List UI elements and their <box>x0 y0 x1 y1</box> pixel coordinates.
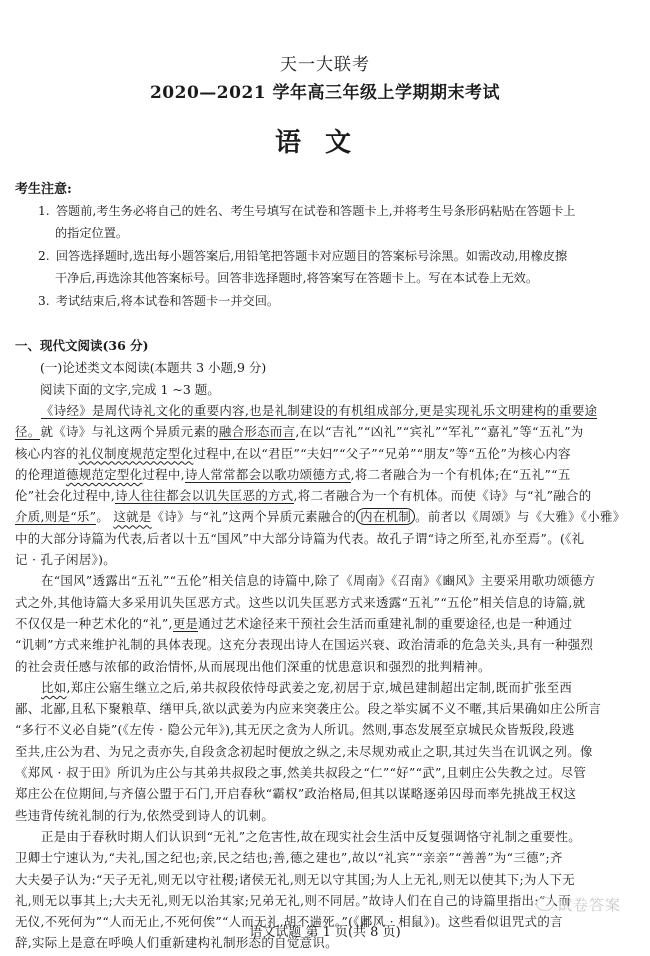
subsection-title: (一)论述类文本阅读(本题共 3 小题,9 分) <box>40 358 266 376</box>
notice-text: 的指定位置。 <box>38 222 628 244</box>
underlined-text: 诗人往往都会以讥失匡恶的方式 <box>115 488 293 504</box>
page-footer: 语文试题 第 1 页(共 8 页) <box>0 921 650 940</box>
notice-item-1: 1. 答题前,考生务必将自己的姓名、考生号填写在试卷和答题卡上,并将考生号条形码… <box>38 200 628 244</box>
notice-num: 1. <box>38 200 52 222</box>
underlined-text: 《诗经》是周代诗礼文化的重要内容,也是礼制建设的有机组成部分,更是实现礼乐文明建… <box>41 403 597 419</box>
underlined-text: 诗人常常都会以歌功颂德方式 <box>185 467 351 483</box>
text: ,将二者融合为一个有机体;在“五礼”“五 <box>351 467 571 482</box>
circled-text: 内在机制 <box>356 508 415 525</box>
passage-line: 正是由于春秋时期人们认识到“无礼”之危害性,故在现实社会生活中反复强调恪守礼制之… <box>15 826 635 847</box>
passage-line: 比如,郑庄公寤生继立之后,弟共叔段依恃母武姜之宠,初居于京,城邑建制超出定制,既… <box>15 677 635 698</box>
text: 就《诗》与礼这两个异质元素的 <box>40 424 218 439</box>
text: 通过艺术途径来干预社会生活而重建礼制的重要途径,也是一种通过 <box>198 616 572 631</box>
text: ,将二者融合为一个有机体。而使《诗》与“礼”融合的 <box>294 488 592 503</box>
wavy-underlined-text: 这就是 <box>113 509 151 524</box>
notice-item-3: 3. 考试结束后,将本试卷和答题卡一并交回。 <box>38 290 628 312</box>
notice-num: 3. <box>38 290 52 312</box>
passage-line: 鄙、北鄙,且私下聚粮草、缮甲兵,欲以武姜为内应来突袭庄公。段之举实属不义不暱,其… <box>15 698 635 719</box>
notice-text: 答题前,考生务必将自己的姓名、考生号填写在试卷和答题卡上,并将考生号条形码粘贴在… <box>56 204 576 218</box>
passage-line: 大夫晏子认为:“天子无礼,则无以守社稷;诸侯无礼,则无以守其国;为人上无礼,则无… <box>15 869 635 890</box>
text: 。前者以《周颂》与《大雅》《小雅》 <box>415 509 625 524</box>
passage-line: 不仅仅是一种艺术化的“礼”,更是通过艺术途径来干预社会生活而重建礼制的重要途径,… <box>15 613 635 634</box>
passage-line: 记 · 孔子闲居》)。 <box>15 549 635 570</box>
passage-line: 《郑风 · 叔于田》所讥为庄公与其弟共叔段之事,然美共叔段之“仁”“好”“武”,… <box>15 762 635 783</box>
notice-text: 干净后,再选涂其他答案标号。回答非选择题时,将答案写在答题卡上。写在本试卷上无效… <box>38 267 628 289</box>
passage-line: “讥刺”方式来维护礼制的具体表现。这充分表现出诗人在国运兴衰、政治清乖的危急关头… <box>15 634 635 655</box>
text: 《诗》与“礼”这两个异质元素融合的 <box>152 509 356 524</box>
watermark-text: 试卷答案 <box>557 896 621 914</box>
notice-num: 2. <box>38 245 52 267</box>
passage-line: 介质,则是“乐”。 这就是《诗》与“礼”这两个异质元素融合的内在机制。前者以《周… <box>15 506 635 527</box>
notice-text: 回答选择题时,选出每小题答案后,用铅笔把答题卡对应题目的答案标号涂黑。如需改动,… <box>56 249 567 263</box>
watermark: 试卷答案 <box>536 894 621 915</box>
notice-heading: 考生注意: <box>15 178 72 197</box>
wavy-underlined-text: 礼仪制度规范定型化 <box>79 446 194 461</box>
underlined-text: 介质,则是“乐” <box>15 509 96 525</box>
subject-title: 语文 <box>0 122 650 159</box>
wechat-icon <box>536 897 554 911</box>
text: 伦”社会化过程中, <box>15 488 115 503</box>
section-title: 一、现代文阅读(36 分) <box>15 336 149 354</box>
text: 不仅仅是一种艺术化的“礼”, <box>15 616 173 631</box>
wavy-underlined-text: 比如 <box>41 680 66 695</box>
passage-line: 郑庄公在位期间,与齐僖公盟于石门,开启春秋“霸权”政治格局,但其以谋略逐弟囚母而… <box>15 783 635 804</box>
text: ,郑庄公寤生继立之后,弟共叔段依恃母武姜之宠,初居于京,城邑建制超出定制,既而扩… <box>66 680 572 695</box>
exam-page: 天一大联考 2020—2021 学年高三年级上学期期末考试 语文 考生注意: 1… <box>0 0 650 956</box>
underlined-text: 更是 <box>173 616 198 632</box>
text: 。 <box>96 509 109 524</box>
text: 过程中, <box>142 467 185 482</box>
reading-passage: 《诗经》是周代诗礼文化的重要内容,也是礼制建设的有机组成部分,更是实现礼乐文明建… <box>15 400 635 954</box>
text: 核心内容的 <box>15 446 79 461</box>
passage-line: 式之外,其他诗篇大多采用讥失匡恶方式。这些以讥失匡恶方式来透露“五礼”“五伦”相… <box>15 592 635 613</box>
passage-line: 卫卿士宁速认为,“夫礼,国之纪也;亲,民之结也;善,德之建也”,故以“礼宾”“亲… <box>15 847 635 868</box>
text: 的伦理道 <box>15 467 66 482</box>
underlined-text: 径。 <box>15 424 40 440</box>
text: ,在以“吉礼”“凶礼”“宾礼”“军礼”“嘉礼”等“五礼”为 <box>295 424 583 439</box>
passage-line: 在“国风”透露出“五礼”“五伦”相关信息的诗篇中,除了《周南》《召南》《豳风》主… <box>15 570 635 591</box>
wavy-underlined-text: 德规范定型化 <box>66 467 142 482</box>
passage-line: 径。就《诗》与礼这两个异质元素的融合形态而言,在以“吉礼”“凶礼”“宾礼”“军礼… <box>15 421 635 442</box>
reading-instruction: 阅读下面的文字,完成 1 ~3 题。 <box>40 380 220 398</box>
exam-title: 2020—2021 学年高三年级上学期期末考试 <box>0 78 650 103</box>
passage-line: “多行不义必自毙”(《左传 · 隐公元年》),其无厌之贪为人所讥。然则,事态发展… <box>15 719 635 740</box>
passage-line: 的伦理道德规范定型化过程中,诗人常常都会以歌功颂德方式,将二者融合为一个有机体;… <box>15 464 635 485</box>
underlined-text: 融合形态而言 <box>219 424 295 440</box>
passage-line: 的社会责任感与浓郁的政治情怀,从而展现出他们深重的忧患意识和强烈的批判精神。 <box>15 656 635 677</box>
passage-line: 伦”社会化过程中,诗人往往都会以讥失匡恶的方式,将二者融合为一个有机体。而使《诗… <box>15 485 635 506</box>
passage-line: 中的大部分诗篇为代表,后者以十五“国风”中大部分诗篇为代表。故孔子谓“诗之所至,… <box>15 528 635 549</box>
passage-line: 核心内容的礼仪制度规范定型化过程中,在以“君臣”“夫妇”“父子”“兄弟”“朋友”… <box>15 443 635 464</box>
passage-line: 《诗经》是周代诗礼文化的重要内容,也是礼制建设的有机组成部分,更是实现礼乐文明建… <box>15 400 635 421</box>
passage-line: 至共,庄公为君、为兄之责亦失,自段贪念初起时便放之纵之,未尽规劝戒止之职,其过失… <box>15 741 635 762</box>
passage-line: 些违背传统礼制的行为,依然受到诗人的讥刺。 <box>15 805 635 826</box>
text: 过程中,在以“君臣”“夫妇”“父子”“兄弟”“朋友”等“五伦”为核心内容 <box>193 446 571 461</box>
notice-item-2: 2. 回答选择题时,选出每小题答案后,用铅笔把答题卡对应题目的答案标号涂黑。如需… <box>38 245 628 289</box>
exam-org-title: 天一大联考 <box>0 50 650 75</box>
notice-text: 考试结束后,将本试卷和答题卡一并交回。 <box>56 294 279 308</box>
